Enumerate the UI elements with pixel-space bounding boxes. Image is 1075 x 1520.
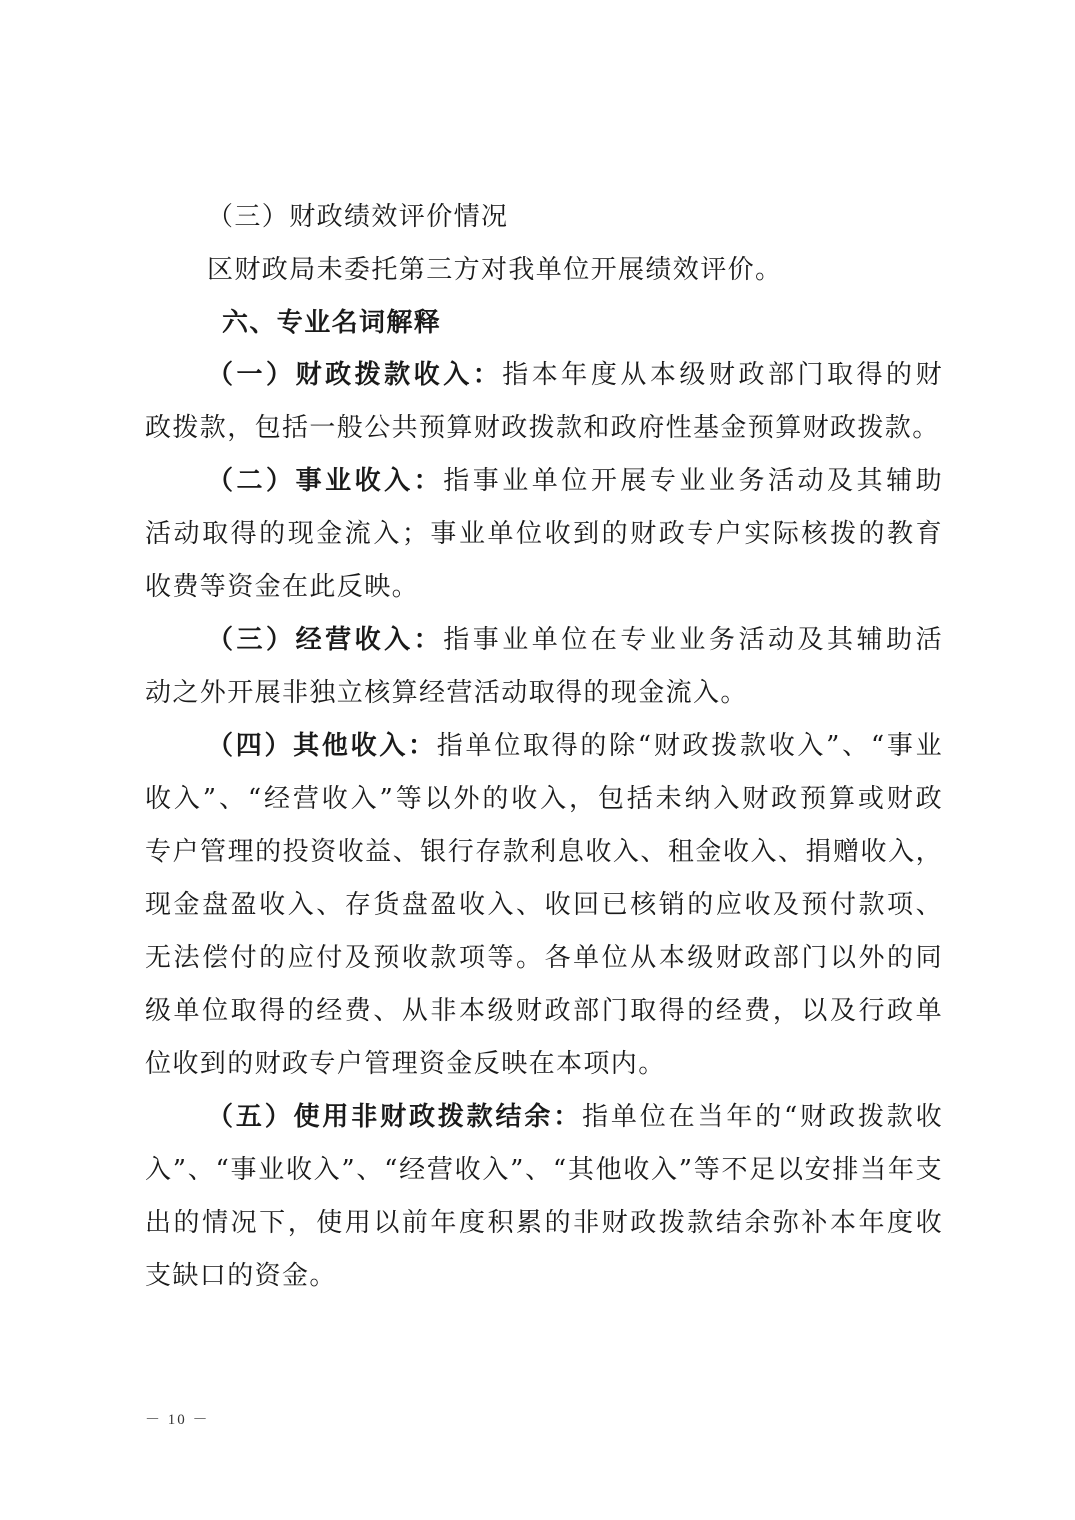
section-heading: 六、专业名词解释 — [222, 306, 1022, 340]
definition-term: （一）财政拨款收入： — [207, 360, 502, 390]
subsection-heading: （三）财政绩效评价情况 — [207, 200, 1007, 234]
definition-4-line-6: 级单位取得的经费、从非本级财政部门取得的经费，以及行政单 — [145, 994, 943, 1028]
definition-4-line-5: 无法偿付的应付及预收款项等。各单位从本级财政部门以外的同 — [145, 941, 943, 975]
definition-2-line-3: 收费等资金在此反映。 — [145, 570, 945, 604]
definition-text: 指单位取得的除“财政拨款收入”、“事业 — [437, 731, 943, 761]
subsection-body: 区财政局未委托第三方对我单位开展绩效评价。 — [207, 253, 1007, 287]
definition-text: 指事业单位在专业业务活动及其辅助活 — [443, 625, 943, 655]
definition-text: 指事业单位开展专业业务活动及其辅助 — [443, 466, 943, 496]
definition-term: （四）其他收入： — [207, 731, 437, 761]
definition-5-line-3: 出的情况下，使用以前年度积累的非财政拨款结余弥补本年度收 — [145, 1206, 943, 1240]
document-page: （三）财政绩效评价情况 区财政局未委托第三方对我单位开展绩效评价。 六、专业名词… — [0, 0, 1075, 1520]
definition-4-line-4: 现金盘盈收入、存货盘盈收入、收回已核销的应收及预付款项、 — [145, 888, 943, 922]
definition-4-line-7: 位收到的财政专户管理资金反映在本项内。 — [145, 1047, 945, 1081]
definition-term: （二）事业收入： — [207, 466, 443, 496]
definition-1-line-2: 政拨款，包括一般公共预算财政拨款和政府性基金预算财政拨款。 — [145, 411, 960, 445]
definition-text: 指单位在当年的“财政拨款收 — [582, 1102, 943, 1132]
definition-text: 指本年度从本级财政部门取得的财 — [502, 360, 943, 390]
page-number: － 10 － — [145, 1408, 210, 1429]
definition-4-line-1: （四）其他收入：指单位取得的除“财政拨款收入”、“事业 — [207, 729, 943, 763]
definition-1-line-1: （一）财政拨款收入：指本年度从本级财政部门取得的财 — [207, 358, 943, 392]
definition-5-line-1: （五）使用非财政拨款结余：指单位在当年的“财政拨款收 — [207, 1100, 943, 1134]
definition-4-line-2: 收入”、“经营收入”等以外的收入，包括未纳入财政预算或财政 — [145, 782, 943, 816]
definition-3-line-2: 动之外开展非独立核算经营活动取得的现金流入。 — [145, 676, 945, 710]
definition-4-line-3: 专户管理的投资收益、银行存款利息收入、租金收入、捐赠收入， — [145, 835, 943, 869]
definition-5-line-2: 入”、“事业收入”、“经营收入”、“其他收入”等不足以安排当年支 — [145, 1153, 943, 1187]
definition-2-line-1: （二）事业收入：指事业单位开展专业业务活动及其辅助 — [207, 464, 943, 498]
definition-3-line-1: （三）经营收入：指事业单位在专业业务活动及其辅助活 — [207, 623, 943, 657]
definition-term: （五）使用非财政拨款结余： — [207, 1102, 582, 1132]
definition-2-line-2: 活动取得的现金流入；事业单位收到的财政专户实际核拨的教育 — [145, 517, 943, 551]
definition-term: （三）经营收入： — [207, 625, 443, 655]
definition-5-line-4: 支缺口的资金。 — [145, 1259, 945, 1293]
